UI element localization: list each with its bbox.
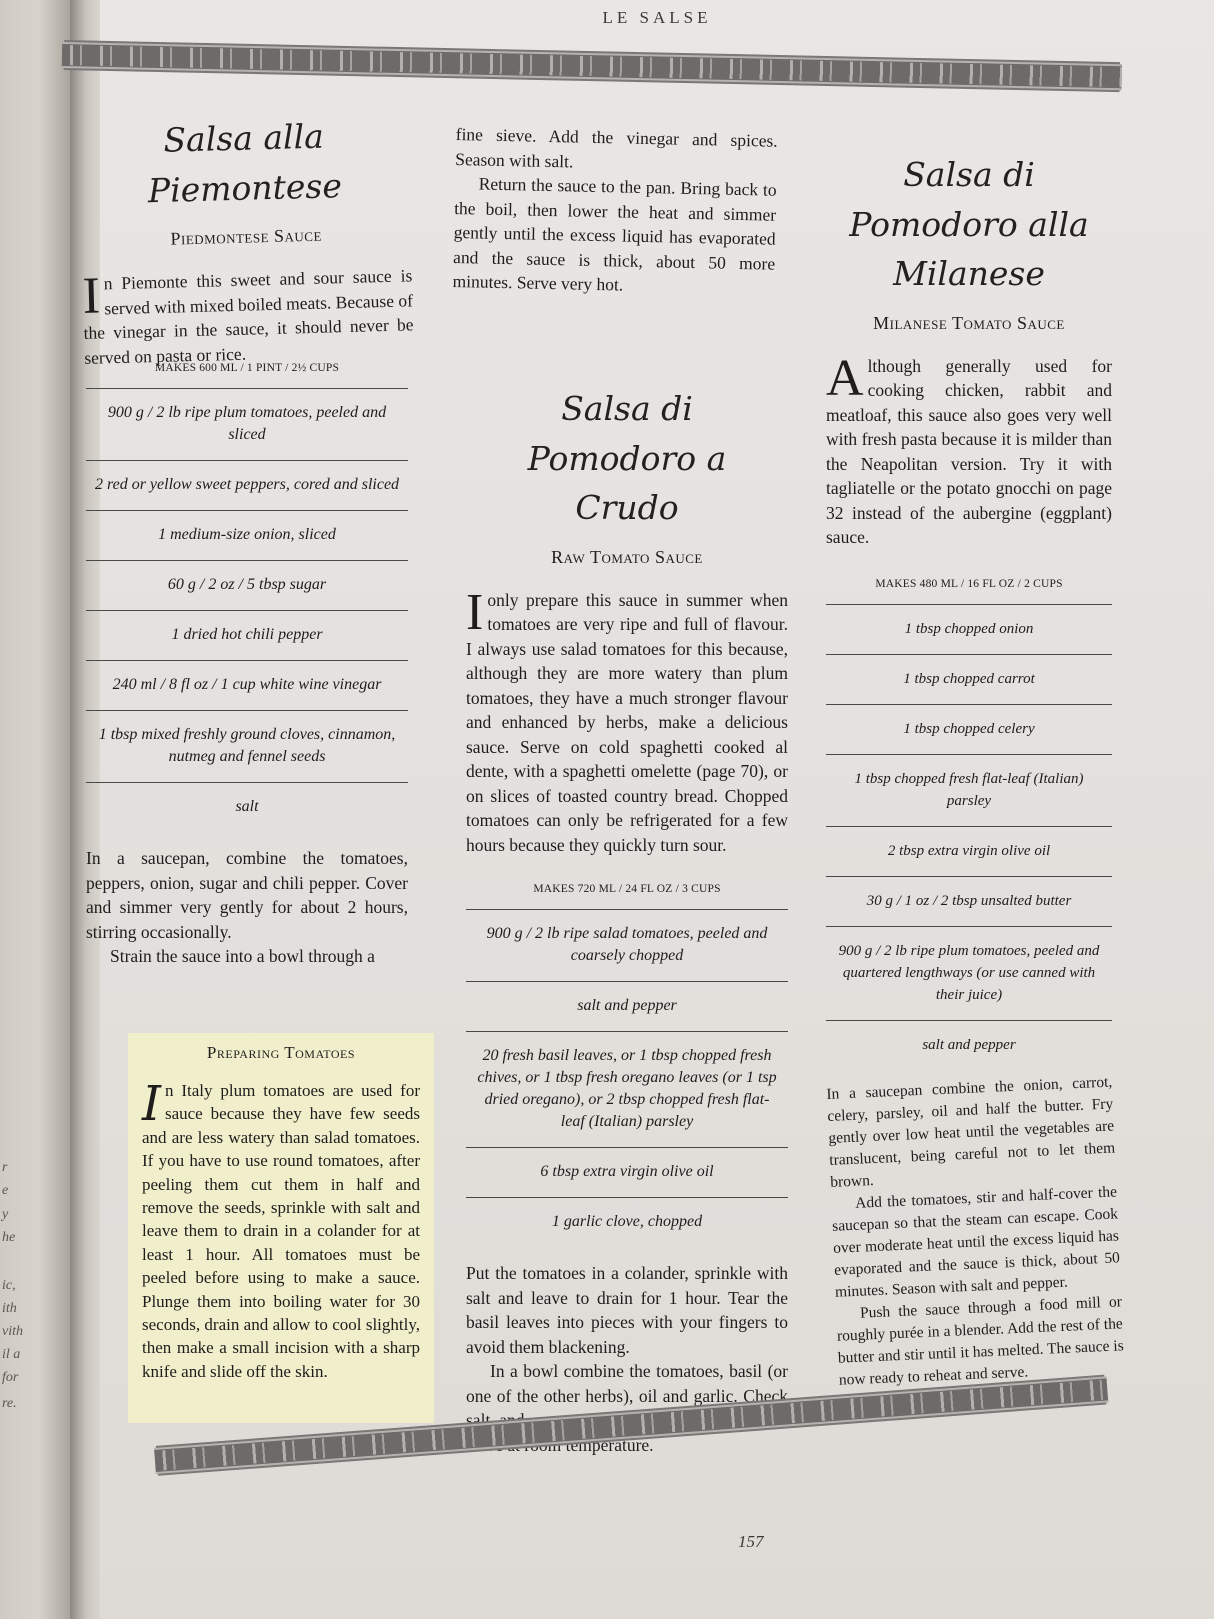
yield: MAKES 720 ML / 24 FL OZ / 3 CUPS [466, 883, 788, 895]
recipe-title: Salsa di Pomodoro a Crudo [466, 384, 788, 533]
recipe-subtitle: Raw Tomato Sauce [466, 547, 788, 568]
ingredient-list: 900 g / 2 lb ripe plum tomatoes, peeled … [86, 388, 408, 832]
recipe-crudo: Salsa di Pomodoro a Crudo Raw Tomato Sau… [466, 384, 788, 1457]
drop-cap: I [466, 592, 483, 634]
page-fragment: he [2, 1230, 15, 1246]
recipe-subtitle: Milanese Tomato Sauce [826, 313, 1112, 334]
page-fragment: il a [2, 1347, 20, 1363]
drop-cap: I [142, 1083, 161, 1125]
yield: MAKES 480 ML / 16 FL OZ / 2 CUPS [826, 578, 1112, 590]
page-number: 157 [738, 1532, 764, 1552]
page-fragment: re. [2, 1396, 17, 1412]
ingredient: 20 fresh basil leaves, or 1 tbsp chopped… [466, 1032, 788, 1148]
ingredient: 1 garlic clove, chopped [466, 1198, 788, 1247]
page-fragment: r [2, 1160, 7, 1176]
ingredient: 1 tbsp chopped fresh flat-leaf (Italian)… [826, 755, 1112, 827]
ingredient: 1 tbsp chopped carrot [826, 655, 1112, 705]
page-fragment: ic, [2, 1278, 16, 1294]
ingredient: 1 tbsp mixed freshly ground cloves, cinn… [86, 711, 408, 783]
ingredient: 30 g / 1 oz / 2 tbsp unsalted butter [826, 877, 1112, 927]
ingredient: 6 tbsp extra virgin olive oil [466, 1148, 788, 1198]
ingredient: 1 tbsp chopped onion [826, 605, 1112, 655]
page-fragment: vith [2, 1324, 23, 1340]
sidebox-body: In Italy plum tomatoes are used for sauc… [142, 1079, 420, 1383]
ingredient: 900 g / 2 lb ripe salad tomatoes, peeled… [466, 910, 788, 982]
recipe-title: Salsa di Pomodoro alla Milanese [826, 150, 1112, 299]
recipe-piemontese-ingredients: MAKES 600 ML / 1 PINT / 2½ CUPS 900 g / … [86, 362, 408, 969]
ingredient: salt and pepper [466, 982, 788, 1032]
recipe-milanese: Salsa di Pomodoro alla Milanese Milanese… [826, 150, 1112, 1392]
recipe-intro: Although generally used for cooking chic… [826, 354, 1112, 550]
ingredient: 2 tbsp extra virgin olive oil [826, 827, 1112, 877]
ingredient: 1 medium-size onion, sliced [86, 511, 408, 561]
ingredient: 2 red or yellow sweet peppers, cored and… [86, 461, 408, 511]
ingredient: 900 g / 2 lb ripe plum tomatoes, peeled … [826, 927, 1112, 1021]
recipe-subtitle: Piedmontese Sauce [81, 222, 411, 252]
ingredient: salt [86, 783, 408, 832]
sidebox-heading: Preparing Tomatoes [142, 1043, 420, 1063]
recipe-piemontese-continued: fine sieve. Add the vinegar and spices. … [452, 122, 778, 300]
drop-cap: I [82, 275, 100, 317]
running-header: LE SALSE [100, 8, 1214, 28]
yield: MAKES 600 ML / 1 PINT / 2½ CUPS [86, 362, 408, 374]
page-fragment: e [2, 1183, 8, 1199]
recipe-intro: I only prepare this sauce in summer when… [466, 588, 788, 858]
page-fragment: for [2, 1370, 18, 1386]
recipe-method: In a saucepan combine the onion, carrot,… [826, 1071, 1125, 1391]
previous-page-edge: r e y he ic, ith vith il a for re. [0, 0, 70, 1619]
page-fragment: y [2, 1207, 8, 1223]
ingredient: 240 ml / 8 fl oz / 1 cup white wine vine… [86, 661, 408, 711]
recipe-intro: In Piemonte this sweet and sour sauce is… [82, 263, 414, 370]
ingredient-list: 1 tbsp chopped onion 1 tbsp chopped carr… [826, 604, 1112, 1070]
ingredient: salt and pepper [826, 1021, 1112, 1070]
recipe-title: Salsa alla Piemontese [78, 109, 410, 217]
ingredient: 900 g / 2 lb ripe plum tomatoes, peeled … [86, 389, 408, 461]
ornamental-border-top [62, 42, 1122, 90]
ingredient-list: 900 g / 2 lb ripe salad tomatoes, peeled… [466, 909, 788, 1247]
page-fragment: ith [2, 1301, 17, 1317]
drop-cap: A [826, 358, 864, 400]
recipe-method: In a saucepan, combine the tomatoes, pep… [86, 846, 408, 969]
ingredient: 1 dried hot chili pepper [86, 611, 408, 661]
preparing-tomatoes-box: Preparing Tomatoes In Italy plum tomatoe… [128, 1033, 434, 1423]
recipe-piemontese: Salsa alla Piemontese Piedmontese Sauce … [78, 109, 414, 370]
ingredient: 60 g / 2 oz / 5 tbsp sugar [86, 561, 408, 611]
ingredient: 1 tbsp chopped celery [826, 705, 1112, 755]
